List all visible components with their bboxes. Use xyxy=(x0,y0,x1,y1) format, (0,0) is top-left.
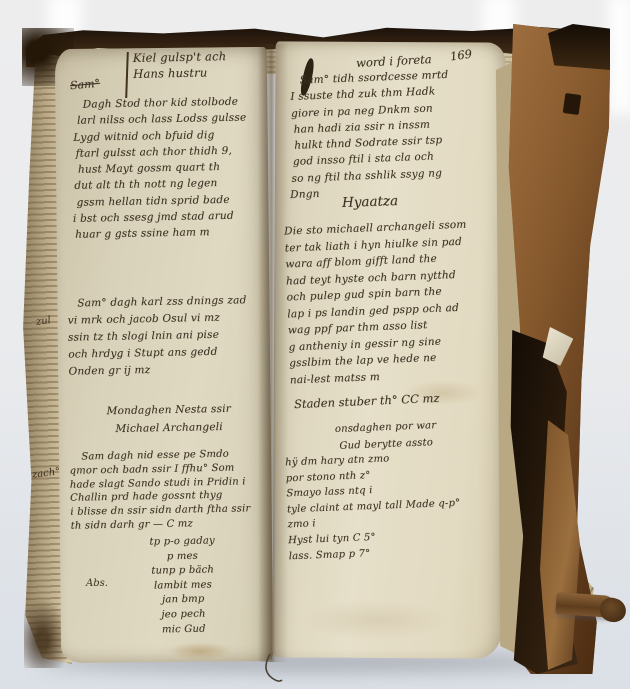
leather-strap-knot xyxy=(598,596,628,624)
manuscript-line: Onden gr ij mz xyxy=(69,362,238,382)
signature-line: mic Gud xyxy=(129,622,239,639)
margin-note: zul xyxy=(35,315,51,328)
background-highlight xyxy=(608,0,630,114)
book-gutter xyxy=(258,44,288,662)
account-label: Sam° xyxy=(69,77,100,93)
section-heading: Hyaatza xyxy=(342,193,399,211)
page-header-line: Kiel gulsp't ach xyxy=(133,49,227,67)
manuscript-line: huar g gsts ssine ham m xyxy=(75,226,245,246)
page-stain xyxy=(300,600,450,640)
section-heading: Michael Archangeli xyxy=(84,420,254,441)
page-stain xyxy=(168,642,232,660)
binding-thread xyxy=(258,652,284,688)
margin-note: Abs. xyxy=(86,578,108,589)
leather-cover-top xyxy=(548,24,610,70)
leather-tab xyxy=(563,93,582,115)
manuscript-photo: Sam° Kiel gulsp't ach Hans hustru Dagh S… xyxy=(0,0,630,689)
page-header-line: Hans hustru xyxy=(133,65,227,83)
